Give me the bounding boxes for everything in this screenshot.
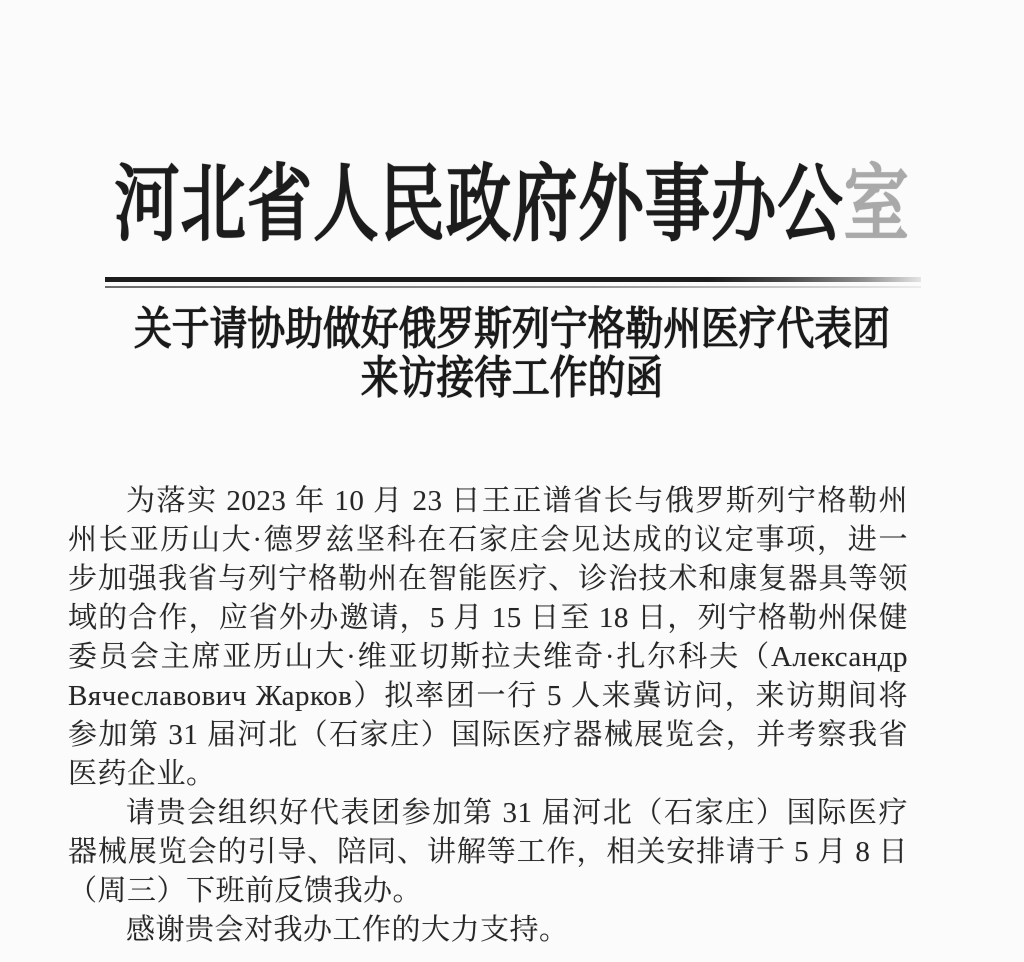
letterhead-title: 河北省人民政府外事办公室 bbox=[114, 156, 910, 256]
doc-line: 州长亚历山大·德罗兹坚科在石家庄会见达成的议定事项，进一 bbox=[68, 521, 908, 560]
doc-line: 医药企业。 bbox=[68, 755, 908, 794]
subject-line-2: 来访接待工作的函 bbox=[82, 354, 942, 403]
subject-heading-text: 关于请协助做好俄罗斯列宁格勒州医疗代表团 来访接待工作的函 bbox=[82, 305, 942, 403]
rule-thick-line bbox=[105, 277, 921, 282]
subject-line-1: 关于请协助做好俄罗斯列宁格勒州医疗代表团 bbox=[82, 305, 942, 354]
doc-line: 为落实 2023 年 10 月 23 日王正谱省长与俄罗斯列宁格勒州 bbox=[68, 482, 908, 521]
doc-line: 请贵会组织好代表团参加第 31 届河北（石家庄）国际医疗 bbox=[68, 794, 908, 833]
body-paragraph: 请贵会组织好代表团参加第 31 届河北（石家庄）国际医疗器械展览会的引导、陪同、… bbox=[68, 794, 908, 911]
doc-line: 感谢贵会对我办工作的大力支持。 bbox=[68, 911, 908, 950]
letterhead-rule bbox=[105, 277, 921, 288]
doc-line: Вячеславович Жарков）拟率团一行 5 人来冀访问，来访期间将 bbox=[68, 677, 908, 716]
rule-thin-line bbox=[105, 286, 921, 288]
document-body: 为落实 2023 年 10 月 23 日王正谱省长与俄罗斯列宁格勒州州长亚历山大… bbox=[68, 482, 908, 950]
doc-line: 参加第 31 届河北（石家庄）国际医疗器械展览会，并考察我省 bbox=[68, 716, 908, 755]
letterhead-title-faded-char: 室 bbox=[844, 159, 910, 252]
doc-line: 委员会主席亚历山大·维亚切斯拉夫维奇·扎尔科夫（Александр bbox=[68, 638, 908, 677]
doc-line: 步加强我省与列宁格勒州在智能医疗、诊治技术和康复器具等领 bbox=[68, 560, 908, 599]
doc-line: 器械展览会的引导、陪同、讲解等工作，相关安排请于 5 月 8 日 bbox=[68, 833, 908, 872]
body-paragraph: 感谢贵会对我办工作的大力支持。 bbox=[68, 911, 908, 950]
scanned-official-letter: { "document": { "letterhead": { "title_m… bbox=[0, 0, 1024, 962]
subject-heading: 关于请协助做好俄罗斯列宁格勒州医疗代表团 来访接待工作的函 bbox=[0, 305, 1024, 403]
doc-line: （周三）下班前反馈我办。 bbox=[68, 872, 908, 911]
body-paragraph: 为落实 2023 年 10 月 23 日王正谱省长与俄罗斯列宁格勒州州长亚历山大… bbox=[68, 482, 908, 794]
doc-line: 域的合作，应省外办邀请，5 月 15 日至 18 日，列宁格勒州保健 bbox=[68, 599, 908, 638]
letterhead-title-main: 河北省人民政府外事办公 bbox=[114, 159, 843, 252]
letterhead: 河北省人民政府外事办公室 bbox=[0, 156, 1024, 256]
